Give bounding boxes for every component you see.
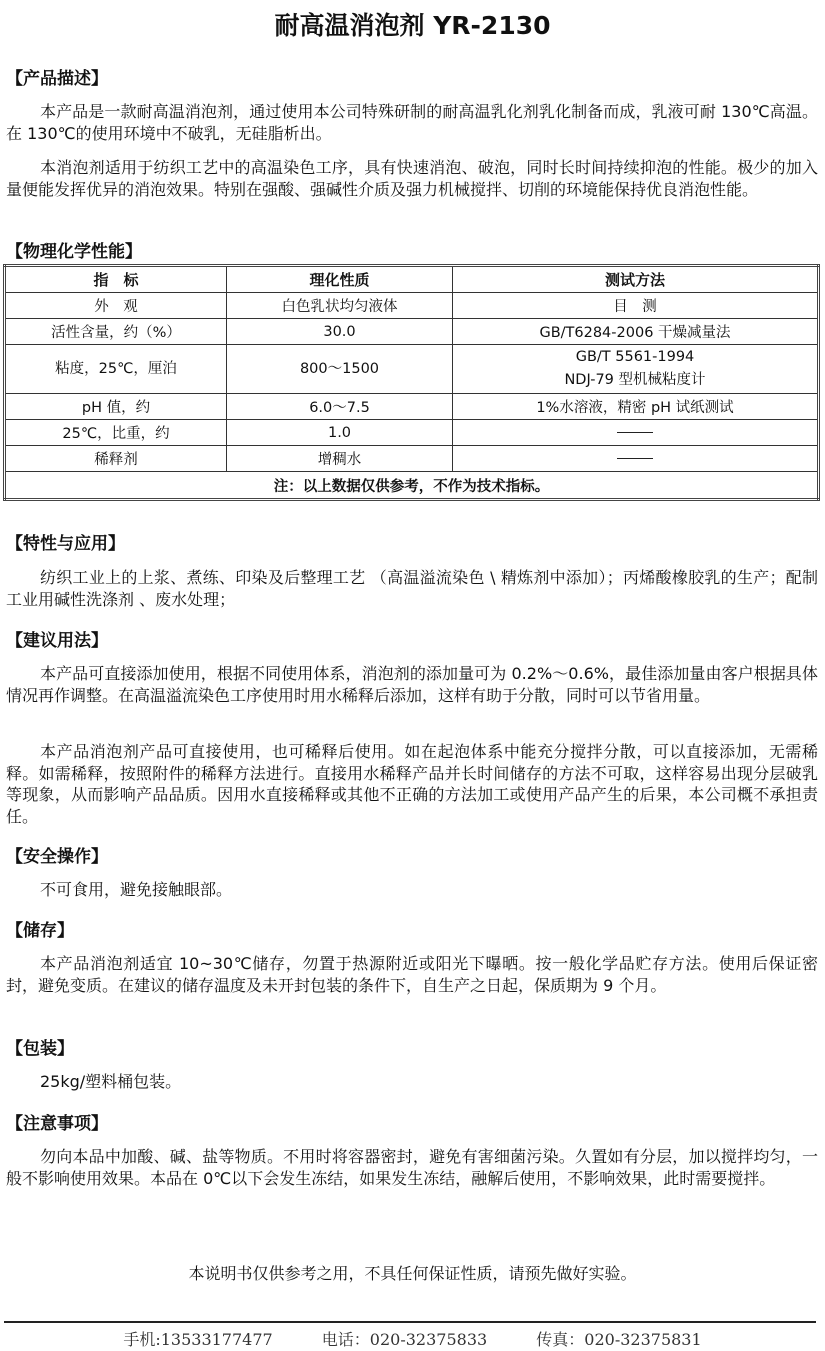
cell-method: GB/T 5561-1994 NDJ-79 型机械粘度计 bbox=[453, 345, 819, 394]
contact-footer: 手机:13533177477 电话：020-32375833 传真：020-32… bbox=[0, 1327, 825, 1350]
section-heading-description: 【产品描述】 bbox=[6, 64, 108, 89]
cell-method: GB/T6284-2006 干燥减量法 bbox=[453, 319, 819, 345]
table-row: 稀释剂 增稠水 bbox=[5, 446, 819, 472]
safety-paragraph-1: 不可食用，避免接触眼部。 bbox=[6, 879, 818, 901]
cell-value: 增稠水 bbox=[227, 446, 453, 472]
cell-value: 6.0～7.5 bbox=[227, 394, 453, 420]
section-heading-storage: 【储存】 bbox=[6, 916, 74, 941]
cell-index: pH 值，约 bbox=[5, 394, 227, 420]
cell-index: 活性含量，约（%） bbox=[5, 319, 227, 345]
mobile-number: 手机:13533177477 bbox=[123, 1330, 272, 1349]
table-header-row: 指 标 理化性质 测试方法 bbox=[5, 266, 819, 293]
cell-index: 25℃，比重，约 bbox=[5, 420, 227, 446]
column-header: 理化性质 bbox=[227, 266, 453, 293]
cell-index: 稀释剂 bbox=[5, 446, 227, 472]
table-row: 外 观 白色乳状均匀液体 目 测 bbox=[5, 293, 819, 319]
section-heading-properties: 【物理化学性能】 bbox=[6, 237, 142, 262]
table-row: 25℃，比重，约 1.0 bbox=[5, 420, 819, 446]
disclaimer: 本说明书仅供参考之用，不具任何保证性质，请预先做好实验。 bbox=[0, 1261, 825, 1284]
packaging-paragraph-1: 25kg/塑料桶包装。 bbox=[6, 1071, 818, 1093]
method-line-1: GB/T 5561-1994 bbox=[453, 346, 817, 369]
table-note: 注：以上数据仅供参考，不作为技术指标。 bbox=[5, 472, 819, 500]
fax-number: 传真：020-32375831 bbox=[536, 1330, 701, 1349]
table-row: 活性含量，约（%） 30.0 GB/T6284-2006 干燥减量法 bbox=[5, 319, 819, 345]
cell-index: 粘度，25℃，厘泊 bbox=[5, 345, 227, 394]
cell-value: 白色乳状均匀液体 bbox=[227, 293, 453, 319]
cell-method: 1%水溶液，精密 pH 试纸测试 bbox=[453, 394, 819, 420]
cell-method-dash bbox=[453, 420, 819, 446]
application-paragraph-1: 纺织工业上的上浆、煮练、印染及后整理工艺 （高温溢流染色 \ 精炼剂中添加）；丙… bbox=[6, 567, 818, 610]
storage-paragraph-1: 本产品消泡剂适宜 10~30℃储存，勿置于热源附近或阳光下曝晒。按一般化学品贮存… bbox=[6, 953, 818, 996]
notes-paragraph-1: 勿向本品中加酸、碱、盐等物质。不用时将容器密封，避免有害细菌污染。久置如有分层，… bbox=[6, 1146, 818, 1189]
section-heading-packaging: 【包装】 bbox=[6, 1034, 74, 1059]
cell-value: 800～1500 bbox=[227, 345, 453, 394]
description-paragraph-1: 本产品是一款耐高温消泡剂，通过使用本公司特殊研制的耐高温乳化剂乳化制备而成，乳液… bbox=[6, 101, 818, 144]
phone-number: 电话：020-32375833 bbox=[322, 1330, 487, 1349]
column-header: 指 标 bbox=[5, 266, 227, 293]
column-header: 测试方法 bbox=[453, 266, 819, 293]
usage-paragraph-2: 本产品消泡剂产品可直接使用，也可稀释后使用。如在起泡体系中能充分搅拌分散，可以直… bbox=[6, 741, 818, 827]
usage-paragraph-1: 本产品可直接添加使用，根据不同使用体系，消泡剂的添加量可为 0.2%～0.6%，… bbox=[6, 663, 818, 706]
table-row: 粘度，25℃，厘泊 800～1500 GB/T 5561-1994 NDJ-79… bbox=[5, 345, 819, 394]
properties-table: 指 标 理化性质 测试方法 外 观 白色乳状均匀液体 目 测 活性含量，约（%）… bbox=[3, 264, 820, 501]
dash-placeholder bbox=[617, 432, 653, 433]
dash-placeholder bbox=[617, 458, 653, 459]
footer-divider bbox=[4, 1321, 816, 1323]
cell-method: 目 测 bbox=[453, 293, 819, 319]
section-heading-notes: 【注意事项】 bbox=[6, 1109, 108, 1134]
section-heading-application: 【特性与应用】 bbox=[6, 529, 125, 554]
cell-index: 外 观 bbox=[5, 293, 227, 319]
table-row: pH 值，约 6.0～7.5 1%水溶液，精密 pH 试纸测试 bbox=[5, 394, 819, 420]
description-paragraph-2: 本消泡剂适用于纺织工艺中的高温染色工序，具有快速消泡、破泡，同时长时间持续抑泡的… bbox=[6, 157, 818, 200]
section-heading-usage: 【建议用法】 bbox=[6, 626, 108, 651]
cell-value: 30.0 bbox=[227, 319, 453, 345]
section-heading-safety: 【安全操作】 bbox=[6, 842, 108, 867]
cell-method-dash bbox=[453, 446, 819, 472]
table-note-row: 注：以上数据仅供参考，不作为技术指标。 bbox=[5, 472, 819, 500]
document-title: 耐高温消泡剂 YR-2130 bbox=[0, 6, 825, 42]
cell-value: 1.0 bbox=[227, 420, 453, 446]
method-line-2: NDJ-79 型机械粘度计 bbox=[453, 369, 817, 392]
